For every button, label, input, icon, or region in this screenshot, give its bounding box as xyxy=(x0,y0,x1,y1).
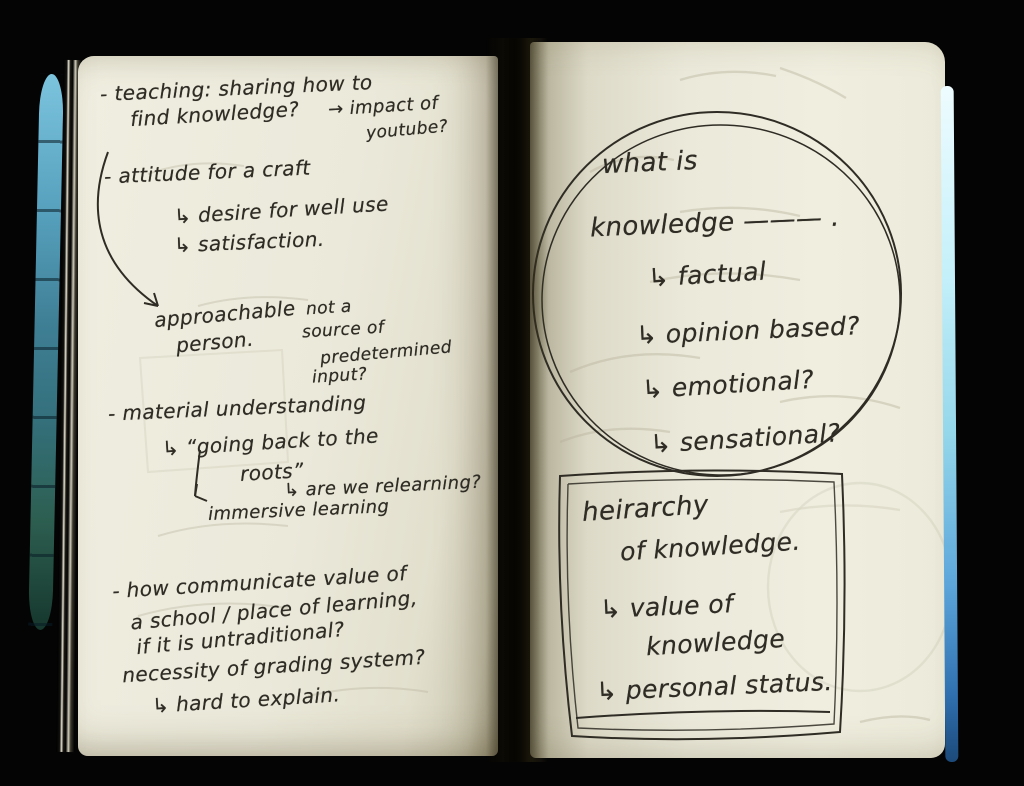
note-line: ↳ opinion based? xyxy=(635,311,860,350)
note-line: - material understanding xyxy=(108,390,367,425)
note-line: ↳ factual xyxy=(647,256,767,292)
note-line: what is xyxy=(601,146,698,180)
note-line: ↳ value of xyxy=(599,589,733,624)
note-line: of knowledge. xyxy=(619,527,801,567)
right-page: what is knowledge ——— . ↳ factual ↳ opin… xyxy=(530,42,945,758)
note-line: person. xyxy=(175,327,255,358)
note-line: ↳ emotional? xyxy=(641,365,815,404)
note-line: ↳ sensational? xyxy=(649,418,841,459)
note-line: predetermined xyxy=(319,337,452,368)
note-line: knowledge ——— . xyxy=(589,203,840,244)
note-line: input? xyxy=(311,364,367,387)
note-line: knowledge xyxy=(645,624,786,661)
note-line: youtube? xyxy=(365,116,449,143)
note-line: → impact of xyxy=(327,93,438,121)
left-page: - teaching: sharing how to find knowledg… xyxy=(78,56,498,756)
notebook-photo: - teaching: sharing how to find knowledg… xyxy=(0,0,1024,786)
note-line: ↳ “going back to the xyxy=(161,423,379,460)
note-line: immersive learning xyxy=(208,496,390,525)
note-line: heirarchy xyxy=(581,490,709,528)
note-line: ↳ desire for well use xyxy=(173,191,389,228)
note-line: ↳ hard to explain. xyxy=(151,682,340,717)
note-line: ↳ satisfaction. xyxy=(174,227,325,258)
note-line: approachable xyxy=(153,296,296,332)
note-line: - attitude for a craft xyxy=(104,156,311,189)
note-line: ↳ personal status. xyxy=(595,667,833,706)
note-line: not a xyxy=(305,297,352,320)
note-line: source of xyxy=(301,318,384,343)
